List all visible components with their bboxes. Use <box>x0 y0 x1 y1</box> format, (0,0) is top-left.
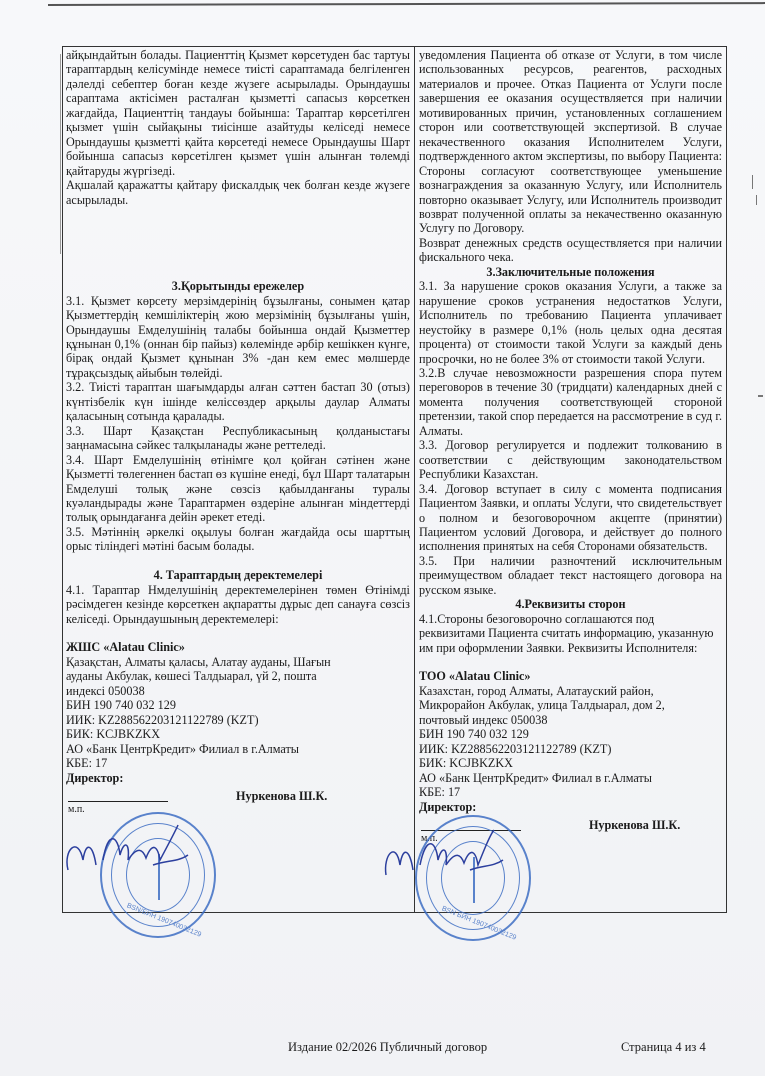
kbe-code: КБЕ: 17 <box>419 785 722 799</box>
bik-code: БИК: KCJBKZKX <box>66 727 410 741</box>
margin-mark <box>758 395 763 397</box>
section-heading: 3.Заключительные положения <box>419 265 722 279</box>
clause-line: им при оформлении Заявки. Реквизиты Испо… <box>419 641 722 655</box>
caduceus-icon <box>158 854 160 900</box>
scan-top-edge <box>48 2 765 6</box>
company-name: ЖШС «Alatau Clinic» <box>66 640 410 654</box>
margin-mark <box>60 54 61 254</box>
clause: 3.2.В случае невозможности разрешения сп… <box>419 366 722 438</box>
paragraph: уведомления Пациента об отказе от Услуги… <box>419 48 722 236</box>
company-stamp-left: BSN/БИН 190740032129 <box>100 812 216 938</box>
seal-label: м.п. <box>68 803 85 817</box>
clause-line: реквизитами Пациента считать информацию,… <box>419 626 722 640</box>
section-heading: 4.Реквизиты сторон <box>419 597 722 611</box>
footer-page-number: Страница 4 из 4 <box>621 1040 706 1055</box>
clause-line: 4.1.Стороны безоговорочно соглашаются по… <box>419 612 722 626</box>
company-name: ТОО «Alatau Clinic» <box>419 669 722 683</box>
iik-number: ИИК: KZ288562203121122789 (KZT) <box>66 713 410 727</box>
paragraph: Возврат денежных средств осуществляется … <box>419 236 722 265</box>
address-line: индексі 050038 <box>66 684 410 698</box>
section-heading: 3.Қорытынды ережелер <box>66 279 410 293</box>
bin-number: БИН 190 740 032 129 <box>66 698 410 712</box>
bank-name: АО «Банк ЦентрКредит» Филиал в г.Алматы <box>66 742 410 756</box>
company-stamp-right: BSN БИН 190740032129 <box>415 815 531 941</box>
bik-code: БИК: KCJBKZKX <box>419 756 722 770</box>
document-page: айқындайтын болады. Пациенттің Қызмет кө… <box>0 0 765 1076</box>
clause: 3.3. Шарт Қазақстан Республикасының қолд… <box>66 424 410 453</box>
bank-name: АО «Банк ЦентрКредит» Филиал в г.Алматы <box>419 771 722 785</box>
signature-line <box>68 801 168 802</box>
address-line: Қазақстан, Алматы қаласы, Алатау ауданы,… <box>66 655 410 669</box>
contract-table: айқындайтын болады. Пациенттің Қызмет кө… <box>62 46 727 913</box>
section-heading: 4. Тараптардың деректемелері <box>66 568 410 582</box>
director-name: Нуркенова Ш.К. <box>236 789 327 803</box>
kazakh-column: айқындайтын болады. Пациенттің Қызмет кө… <box>63 47 415 912</box>
signature-row: Нуркенова Ш.К. м.п. <box>66 785 410 813</box>
paragraph: айқындайтын болады. Пациенттің Қызмет кө… <box>66 48 410 178</box>
clause: 3.5. При наличии разночтений исключитель… <box>419 554 722 597</box>
clause: 3.4. Шарт Емделушінің өтінімге қол қойға… <box>66 453 410 525</box>
margin-mark <box>756 195 757 205</box>
director-name: Нуркенова Ш.К. <box>589 818 680 832</box>
caduceus-icon <box>473 857 475 903</box>
address-line: почтовый индекс 050038 <box>419 713 722 727</box>
clause: 3.3. Договор регулируется и подлежит тол… <box>419 438 722 481</box>
address-line: Микрорайон Акбулак, улица Талдыарал, дом… <box>419 698 722 712</box>
iik-number: ИИК: KZ288562203121122789 (KZT) <box>419 742 722 756</box>
director-label: Директор: <box>419 800 722 814</box>
russian-column: уведомления Пациента об отказе от Услуги… <box>415 47 726 912</box>
clause: 3.1. За нарушение сроков оказания Услуги… <box>419 279 722 366</box>
kbe-code: КБЕ: 17 <box>66 756 410 770</box>
director-label: Директор: <box>66 771 410 785</box>
bin-number: БИН 190 740 032 129 <box>419 727 722 741</box>
clause: 3.5. Мәтіннің әркелкі оқылуы болған жағд… <box>66 525 410 554</box>
address-line: Казахстан, город Алматы, Алатауский райо… <box>419 684 722 698</box>
paragraph: Ақшалай қаражатты қайтару фискалдық чек … <box>66 178 410 207</box>
footer-edition: Издание 02/2026 Публичный договор <box>288 1040 487 1055</box>
stamp-text: BSN БИН 190740032129 <box>441 905 518 941</box>
clause: 3.1. Қызмет көрсету мерзімдерінің бұзылғ… <box>66 294 410 381</box>
margin-mark <box>752 175 753 189</box>
stamp-text: BSN/БИН 190740032129 <box>126 902 203 938</box>
clause: 3.4. Договор вступает в силу с момента п… <box>419 482 722 554</box>
clause: 4.1. Тараптар Нмделушінің деректемелерін… <box>66 583 410 626</box>
address-line: ауданы Акбулак, көшесі Талдыарал, үй 2, … <box>66 669 410 683</box>
clause: 3.2. Тиісті тараптан шағымдарды алған сә… <box>66 380 410 423</box>
